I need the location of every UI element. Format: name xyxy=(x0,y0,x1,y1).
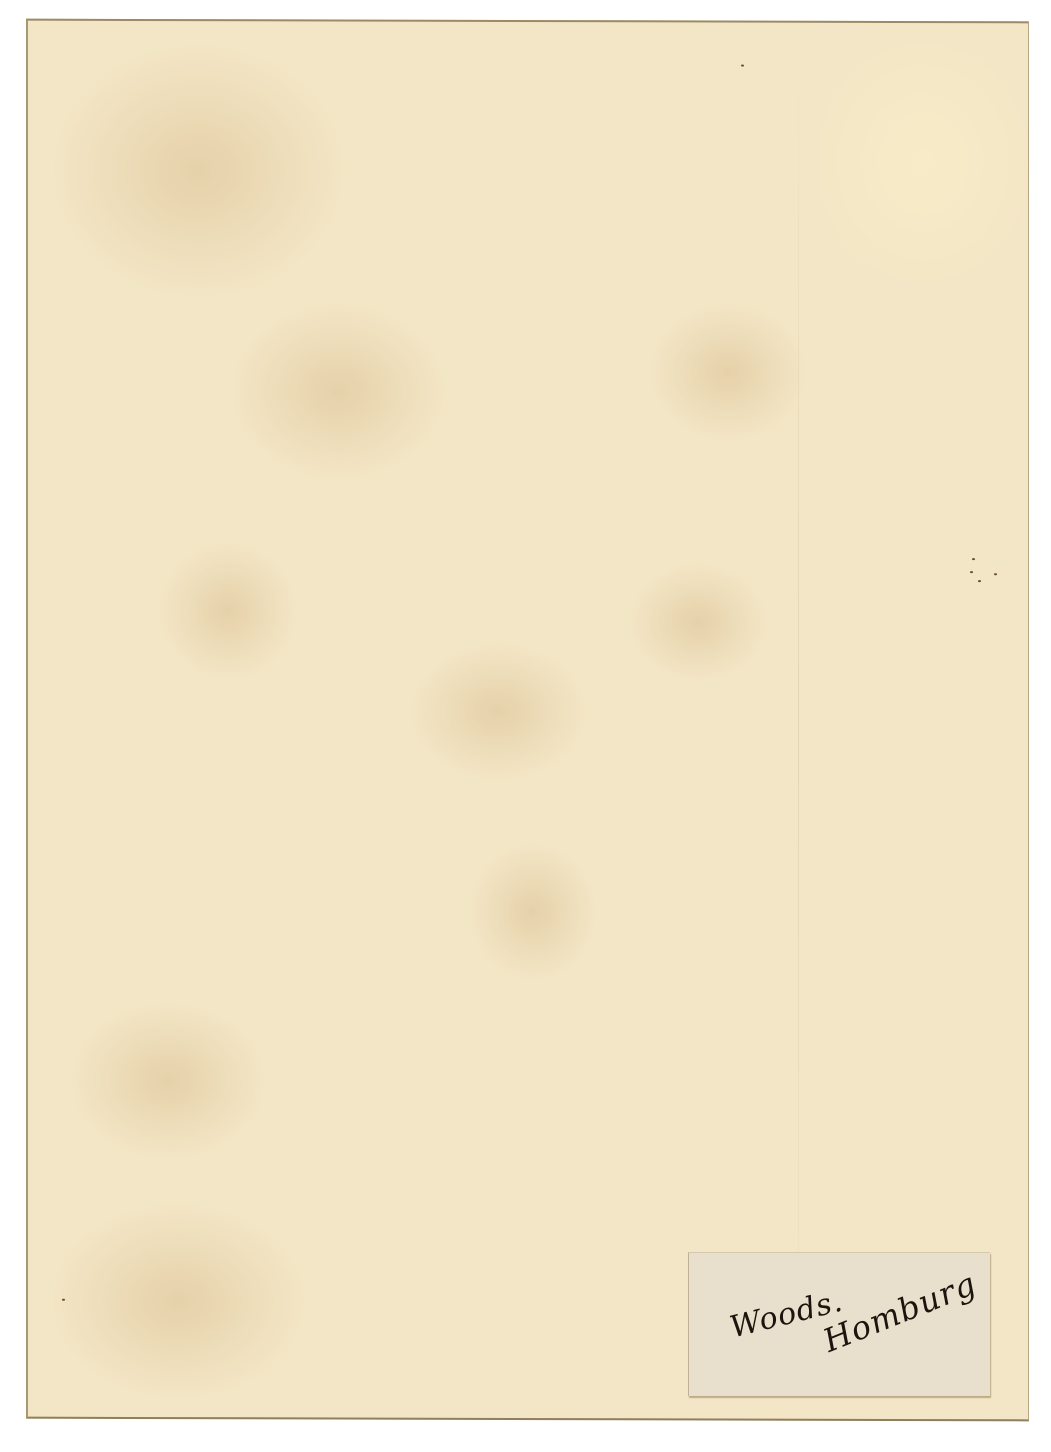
foxing-stain xyxy=(158,541,298,681)
foxing-stain xyxy=(68,1001,268,1162)
ink-speck xyxy=(978,580,981,582)
foxing-stain xyxy=(628,562,768,682)
foxing-stain xyxy=(408,642,588,782)
ink-speck xyxy=(994,573,997,575)
ink-speck xyxy=(970,571,973,573)
paper-sheet xyxy=(26,19,1029,1422)
ink-speck xyxy=(62,1299,65,1301)
handwritten-label: Woods. Homburg xyxy=(688,1252,990,1396)
foxing-stain xyxy=(468,842,598,982)
foxing-stain xyxy=(648,302,808,442)
ink-speck xyxy=(741,65,744,67)
light-patch xyxy=(808,33,1029,294)
foxing-stain xyxy=(48,1201,308,1402)
foxing-stain xyxy=(228,301,448,482)
paper-crease xyxy=(798,23,799,1422)
ink-speck xyxy=(972,558,975,560)
foxing-stain xyxy=(48,41,348,302)
